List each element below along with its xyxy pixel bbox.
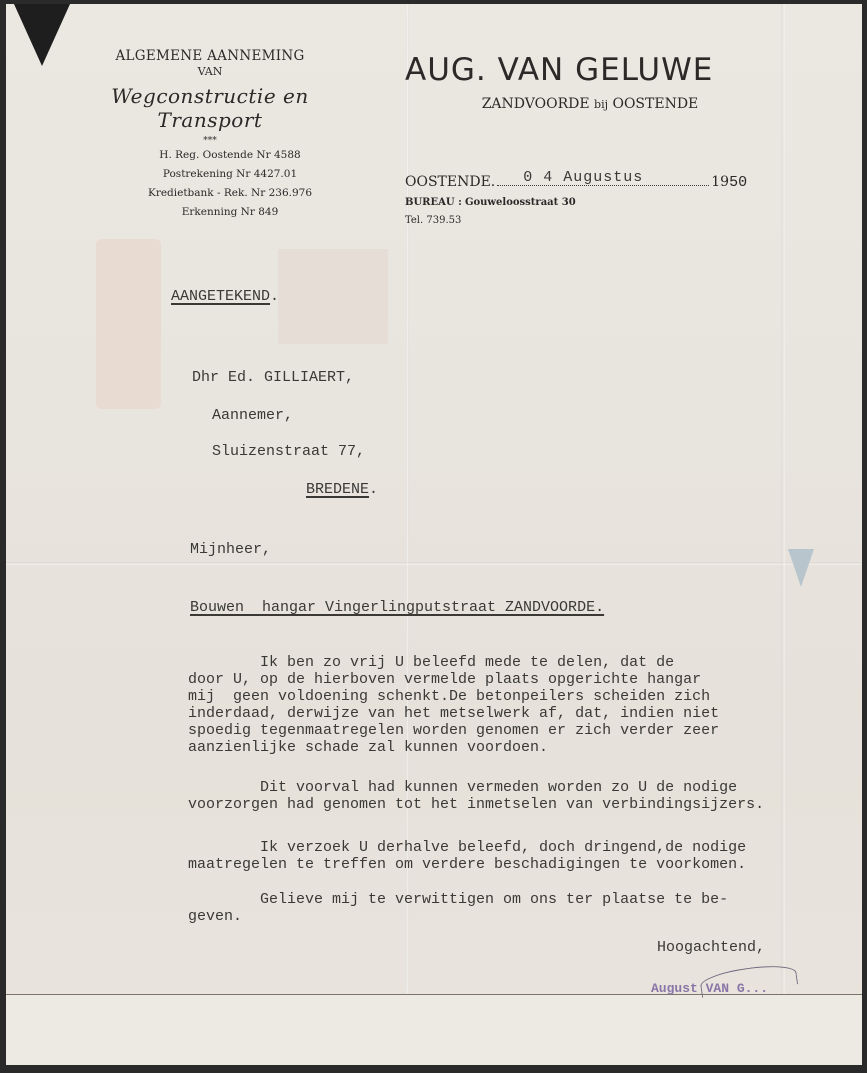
body-line: geven.: [188, 908, 242, 925]
body-line: Dit voorval had kunnen vermeden worden z…: [188, 779, 737, 796]
paper-stain: [278, 249, 388, 344]
recipient-name: Dhr Ed. GILLIAERT,: [192, 369, 354, 386]
body-line: mij geen voldoening schenkt.De betonpeil…: [188, 688, 710, 705]
company-activity: Wegconstructie en Transport: [60, 84, 360, 132]
body-line: aanzienlijke schade zal kunnen voordoen.: [188, 739, 548, 756]
registered-mark: AANGETEKEND.: [171, 288, 279, 305]
company-location: ZANDVOORDE bij OOSTENDE: [405, 96, 775, 112]
registration-line: Erkenning Nr 849: [100, 203, 360, 222]
bureau-address: BUREAU : Gouweloosstraat 30: [405, 197, 576, 208]
registration-line: Postrekening Nr 4427.01: [100, 165, 360, 184]
fold-crease-horizontal: [6, 562, 862, 565]
salutation: Mijnheer,: [190, 541, 271, 558]
location-city: OOSTENDE: [612, 96, 698, 112]
recipient-city-punct: .: [369, 481, 378, 498]
date-field: 0 4 Augustus: [497, 173, 709, 186]
year-prefix: 19: [711, 174, 729, 190]
body-line: spoedig tegenmaatregelen worden genomen …: [188, 722, 719, 739]
location-town: ZANDVOORDE: [482, 96, 590, 112]
body-line: maatregelen te treffen om verdere bescha…: [188, 856, 746, 873]
dateline-place: OOSTENDE.: [405, 174, 495, 190]
fold-crease-right: [781, 4, 785, 1004]
closing: Hoogachtend,: [657, 939, 765, 956]
subject: Bouwen hangar Vingerlingputstraat ZANDVO…: [190, 599, 604, 616]
bureau-street: Gouweloosstraat 30: [465, 197, 576, 208]
letterhead-right: AUG. VAN GELUWE ZANDVOORDE bij OOSTENDE: [405, 52, 810, 112]
telephone: Tel. 739.53: [405, 215, 461, 226]
registered-punct: .: [270, 288, 279, 305]
recipient-city-line: BREDENE.: [306, 481, 378, 498]
letterhead-left: ALGEMENE AANNEMING VAN Wegconstructie en…: [60, 48, 360, 222]
recipient-role: Aannemer,: [212, 407, 293, 424]
company-connector: VAN: [60, 65, 360, 78]
dateline: OOSTENDE. 0 4 Augustus 19 50: [405, 173, 747, 191]
paper-tear: [788, 549, 814, 587]
recipient-city: BREDENE: [306, 481, 369, 498]
body-line: inderdaad, derwijze van het metselwerk a…: [188, 705, 719, 722]
body-line: Ik ben zo vrij U beleefd mede te delen, …: [188, 654, 674, 671]
paper-stain: [96, 239, 161, 409]
registration-list: H. Reg. Oostende Nr 4588 Postrekening Nr…: [100, 146, 360, 222]
company-type: ALGEMENE AANNEMING: [60, 48, 360, 64]
body-line: voorzorgen had genomen tot het inmetsele…: [188, 796, 764, 813]
typed-date: 0 4 Augustus: [523, 169, 643, 186]
location-connector: bij: [594, 98, 608, 111]
registration-line: H. Reg. Oostende Nr 4588: [100, 146, 360, 165]
folded-bottom-flap: [6, 994, 862, 1065]
year-suffix: 50: [729, 174, 747, 191]
bureau-label: BUREAU :: [405, 197, 462, 208]
signature-stamp: August VAN G...: [651, 981, 768, 996]
body-line: Gelieve mij te verwittigen om ons ter pl…: [188, 891, 728, 908]
recipient-street: Sluizenstraat 77,: [212, 443, 365, 460]
subject-line: Bouwen hangar Vingerlingputstraat ZANDVO…: [190, 599, 604, 616]
registered-label: AANGETEKEND: [171, 288, 270, 305]
body-line: Ik verzoek U derhalve beleefd, doch drin…: [188, 839, 746, 856]
company-name: AUG. VAN GELUWE: [405, 52, 810, 88]
body-line: door U, op de hierboven vermelde plaats …: [188, 671, 701, 688]
registration-line: Kredietbank - Rek. Nr 236.976: [100, 184, 360, 203]
separator: ***: [60, 136, 360, 146]
